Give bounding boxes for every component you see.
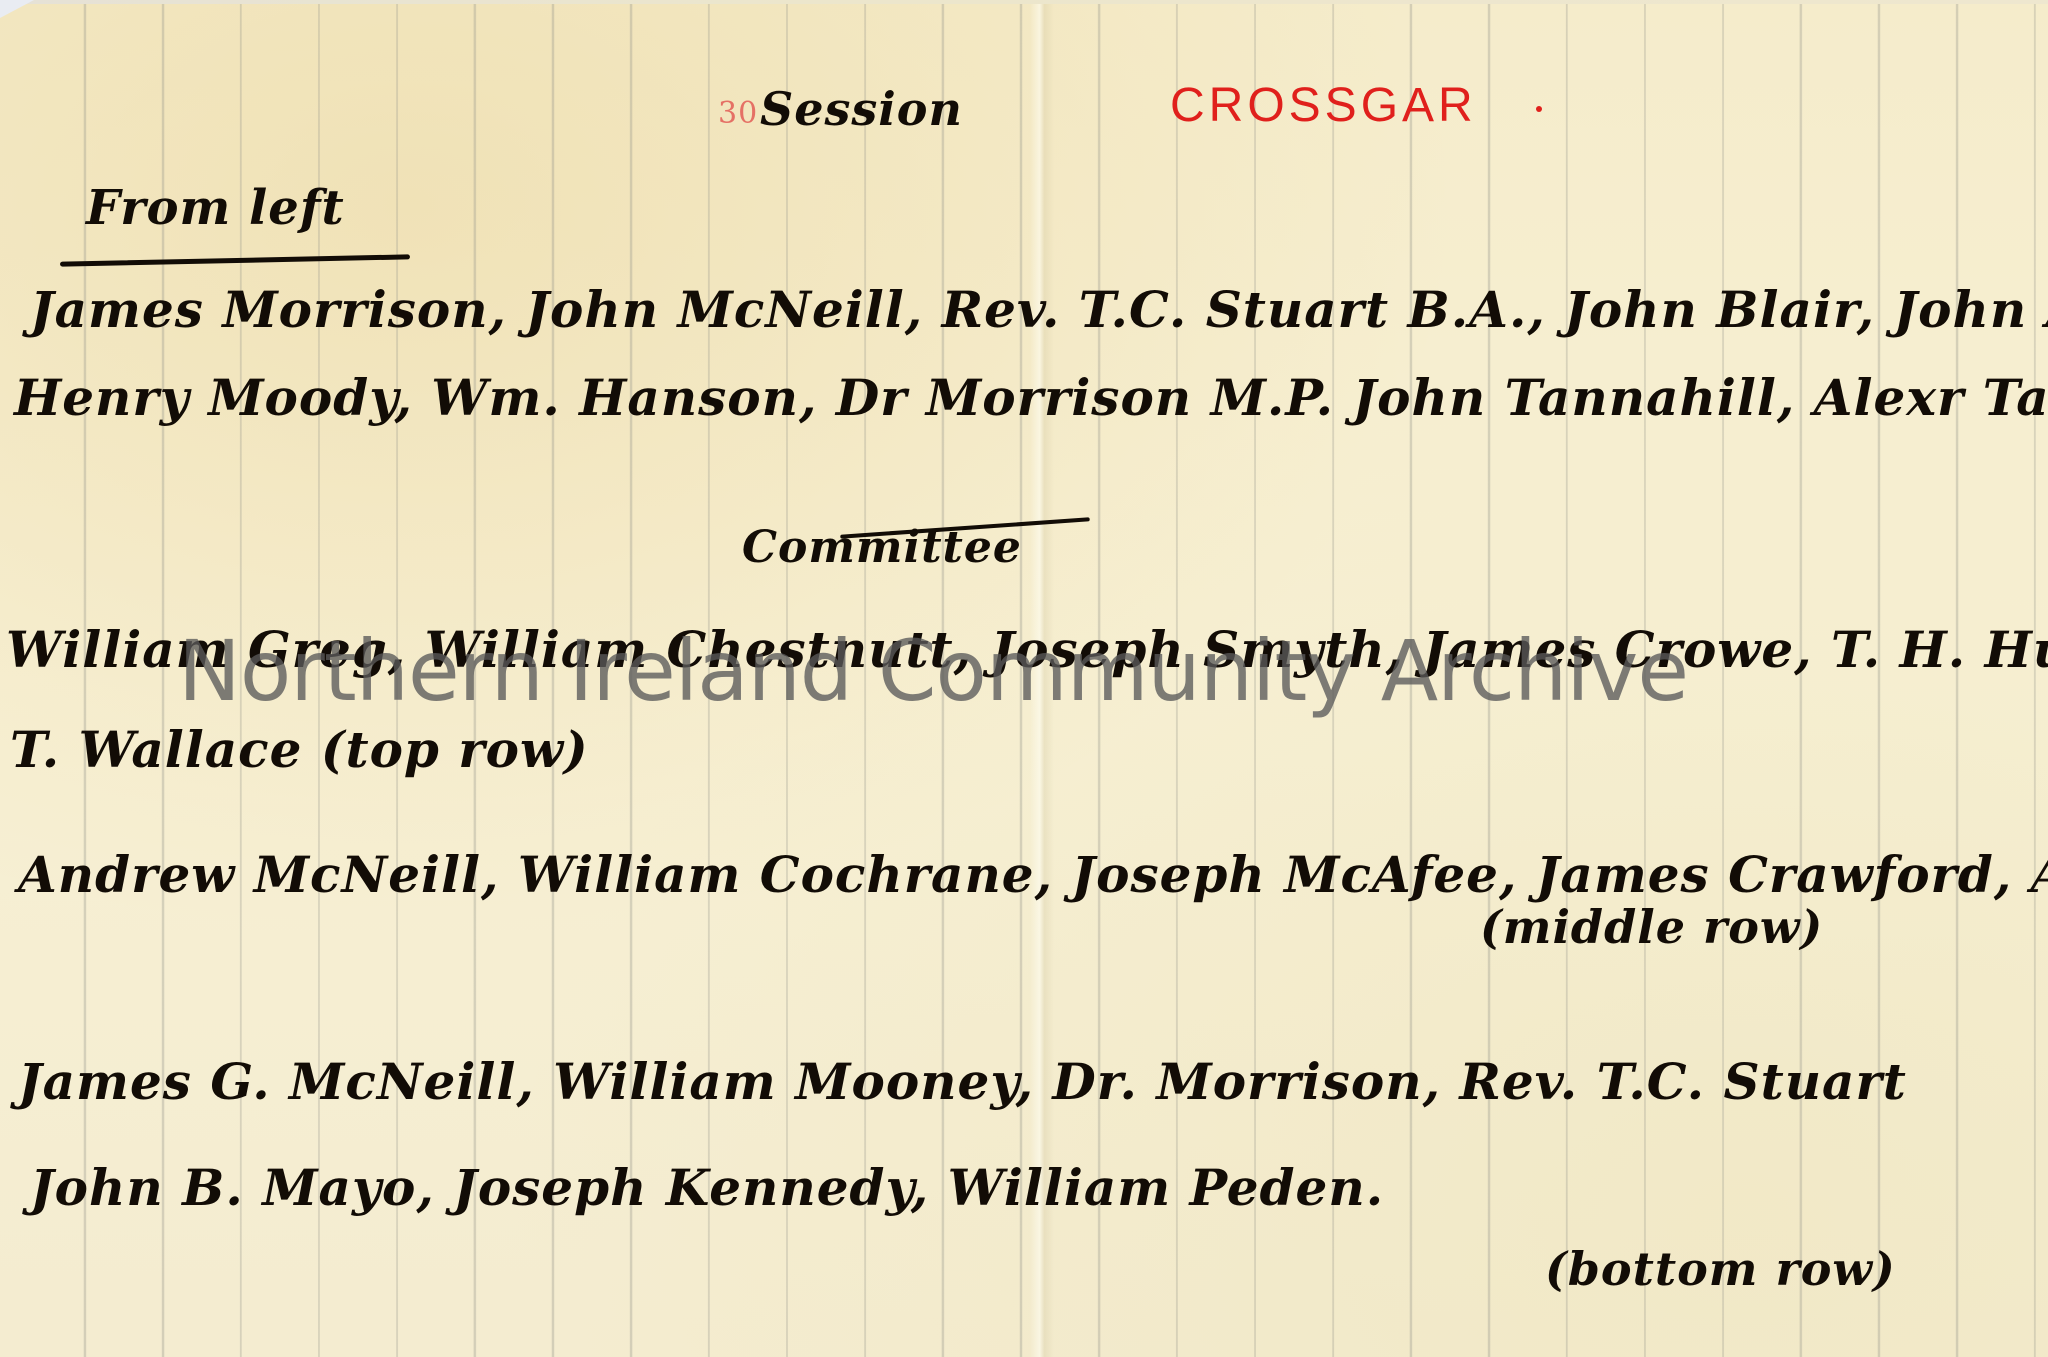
- intro-label: From left: [86, 180, 345, 236]
- header-place: CROSSGAR: [1170, 78, 1477, 133]
- paper-top-edge: [0, 0, 2048, 4]
- header-title: Session: [760, 82, 963, 136]
- committee-top-row-line-2: T. Wallace (top row): [10, 720, 589, 779]
- intro-underline: [60, 254, 410, 266]
- committee-heading: Committee: [742, 522, 1022, 573]
- committee-middle-row-line-1: Andrew McNeill, William Cochrane, Joseph…: [18, 845, 2048, 904]
- header-prefix: 30: [718, 96, 758, 131]
- committee-top-row-line-1: William Greg, William Chestnutt, Joseph …: [6, 620, 2048, 679]
- committee-bottom-row-line-1: James G. McNeill, William Mooney, Dr. Mo…: [18, 1052, 1907, 1111]
- committee-middle-row-label: (middle row): [1480, 900, 1823, 954]
- header-period: [1536, 106, 1542, 112]
- scanned-document-page: 30 Session CROSSGAR From left James Morr…: [0, 0, 2048, 1357]
- committee-bottom-row-line-2: John B. Mayo, Joseph Kennedy, William Pe…: [30, 1158, 1384, 1217]
- torn-corner: [0, 0, 34, 18]
- session-line-1: James Morrison, John McNeill, Rev. T.C. …: [30, 280, 2048, 339]
- session-line-2: Henry Moody, Wm. Hanson, Dr Morrison M.P…: [14, 368, 2048, 427]
- committee-bottom-row-label: (bottom row): [1545, 1242, 1896, 1296]
